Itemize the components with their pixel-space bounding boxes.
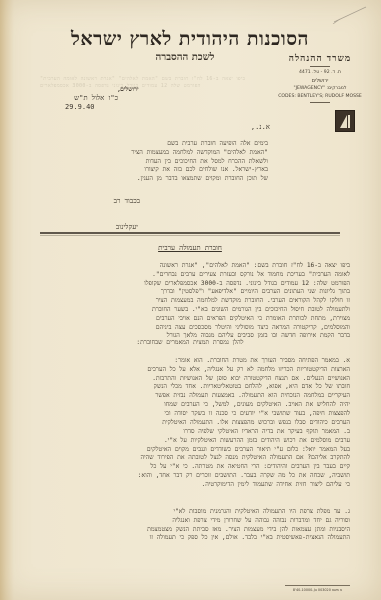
text-line: בארץ-ישראל. אנו שולחים לכם בזה את קיצורו (58, 166, 268, 175)
text-line: יהיה להחליש את האויב. האיטלקים מעונים, ל… (44, 401, 350, 410)
text-line: הערבים כיהודים סבלו בנפש וברכוש מהפצצות … (44, 419, 350, 428)
text-line: ג. עד מפלת צרפת היו התעמולה האיטלקית והג… (44, 508, 350, 517)
text-line: קיים בעבר בין הערבים והיהודים: הרי החטיא… (44, 463, 350, 472)
summary-title: חוברת תעמולה ערבית (150, 244, 230, 253)
text-line: להפצצות חיפה, בעוד שתושבי א"י יודעים כי … (44, 410, 350, 419)
print-code: 8'40-10000-Ju 003020 א משפ (285, 588, 350, 592)
hebrew-date: כ"ו אלול ת"ש (58, 94, 118, 102)
city-label: ירושלים, (118, 86, 139, 93)
address-line: CODES: BENTLEY'S; RUDOLF MOSSE (272, 94, 368, 99)
text-line: והמוסלמים, קריקטורה המראה כיצד מוסוליני … (44, 324, 350, 333)
text-line: זו חולקו לקהל הקוראים הערבי. החוברת מוקד… (44, 297, 350, 306)
department-name: לשכת ההסברה (130, 52, 240, 63)
section-b: ב. המאמר תוקף בעיקר את בדיה הראדיו האיטל… (44, 428, 350, 490)
text-line: ולתעמולה לטובת חיסול החיכוכים בין הגורמי… (44, 306, 350, 315)
text-line: "האמת לאלהים" המוקדשה למלחמה במעצמות הצי… (58, 149, 268, 158)
pen-mark-decoration (330, 4, 370, 24)
text-line: ולשאלת ההכרח למסל את החיכוכים בין העדות (58, 158, 268, 167)
text-line: חובתו של כל אדם היא, אפוא, להלחם בטוטאלי… (44, 383, 350, 392)
section-divider (40, 232, 340, 234)
text-line: ב. המאמר תוקף בעיקר את בדיה הראדיו האיטל… (44, 428, 350, 437)
text-line: כי עליהם ליצור חזית אחידה שתעמוד לימין ה… (44, 481, 350, 490)
text-line: הארצות הדיקטטוריות הכריזו מלחמה לא רק על… (44, 366, 350, 375)
salutation: א.נ., (230, 123, 270, 131)
section-c: ג. עד מפלת צרפת היו התעמולה האיטלקית והג… (44, 508, 350, 543)
organization-title: הסוכנות היהודית לארץ ישראל (60, 28, 320, 51)
closing: בכבוד רב (80, 197, 140, 206)
subheading: להלן נמסרת תמצית המאמרים שבחוברת: (110, 339, 270, 348)
divider (310, 66, 330, 67)
section-a: א. במאמר הפתיחה מסביר העורך את מטרת החוב… (44, 357, 350, 427)
text-line: ערבים מוסלמים את רכוש היהודים בזמן ההרעש… (44, 437, 350, 446)
address-line: ירושלים (272, 78, 368, 84)
intro-paragraph: בימים אלה הופיעה חוברת ערבית בשם "האמת ל… (58, 140, 268, 184)
text-line: וסוריה גם יחד ומדברות נבוהה גבוהה על שחר… (44, 517, 350, 526)
office-name: משרד ההנהלה (280, 53, 360, 64)
text-line: התעמולה הנאצית-פאשיסטית בא"י בלבד. אולם,… (44, 534, 350, 543)
text-line: א. במאמר הפתיחה מסביר העורך את מטרת החוב… (44, 357, 350, 366)
text-line: לאומה הערבית" בעריכת מחמוד אל נורקס ובעז… (44, 271, 350, 280)
text-line: הפורמט שלה: 12 עמודים בגודל בינוני. נדפס… (44, 280, 350, 289)
gregorian-date: 29.9.40 (65, 103, 95, 111)
text-line: ביפו יצאה ב-16 לח"ז חוברת בשם: "האמת לאל… (44, 262, 350, 271)
text-line: של תוכן החוברת ומקוים שתמצאו בדבר מן הענ… (58, 175, 268, 184)
signature: יעקלינוב (78, 223, 138, 232)
address-line: ת. ד. 92 - טל. 4471 (272, 70, 368, 75)
text-line: מצוירת, מתחת לכותרת האומרת כי האיטלקים ה… (44, 315, 350, 324)
divider (285, 585, 350, 586)
text-line: העיקריים במלחמה הנוכחית הוא התעמולה. באמ… (44, 392, 350, 401)
text-line: בעל המאמר יואל: כלום ע"י תיאור הערבים כש… (44, 446, 350, 455)
text-line: להתקרב אליהם? אם התעמולה האיטלקית מנסה ל… (44, 454, 350, 463)
text-line: בימים אלה הופיעה חוברת ערבית בשם (58, 140, 268, 149)
divider (310, 102, 330, 103)
paragraph-intro: ביפו יצאה ב-16 לח"ז חוברת בשם: "האמת לאל… (44, 262, 350, 341)
text-line: היסבניות ומתן עצמאות להן בידי מעצמות הצי… (44, 526, 350, 535)
letter-page: הסוכנות היהודית לארץ ישראל לשכת ההסברה מ… (0, 0, 381, 600)
bleed-through-text: ביפו יצאה ב-16 לח"ז חוברת בשם "האמת לאלה… (40, 76, 245, 82)
emblem-logo-icon (335, 110, 355, 132)
section-divider (40, 235, 340, 236)
text-line: האנושיים הנעלים. אם תנצח הדיקטטורה יבוא … (44, 375, 350, 384)
text-line: תושביה, שכחה את כל מה שקרה בעבר. התושבים… (44, 472, 350, 481)
text-line: בתוך גליונות שני העתונים הערבים היומיים … (44, 288, 350, 297)
address-line: למברקים: "JEWAGENCY" (272, 86, 368, 91)
